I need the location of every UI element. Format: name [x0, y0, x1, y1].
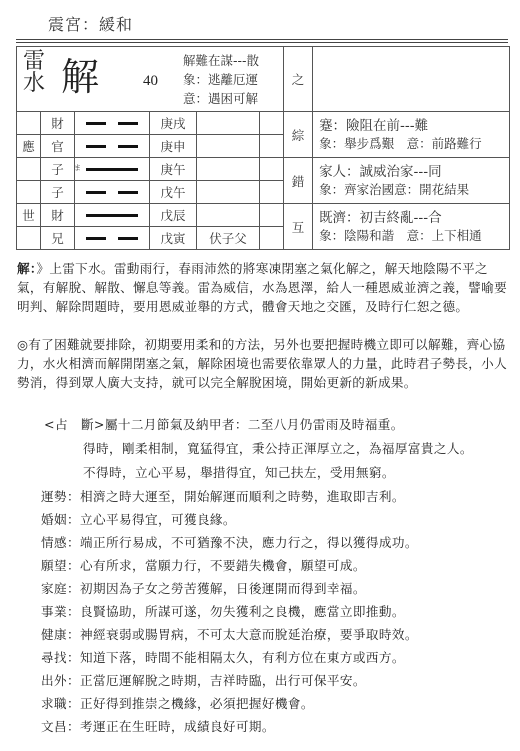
yao-ganzhi: 戊寅	[150, 227, 197, 250]
yao-line	[75, 181, 150, 204]
yin-line-icon	[86, 191, 138, 195]
separator: ：	[67, 489, 80, 504]
reading-topic: 婚姻	[41, 512, 67, 527]
reading-topic: 事業	[41, 604, 67, 619]
explanation-text: 》上雷下水。雷動雨行，春雨沛然的將寒凍閉塞之氣化解之，解天地陰陽不平之氣，有解脫…	[17, 261, 507, 314]
yao-relative: 官	[41, 135, 75, 158]
yao-relative: 子	[41, 181, 75, 204]
divination-head: <占 斷>屬十二月節氣及納甲者：二至八月仍雷雨及時福重。	[44, 414, 404, 433]
separator: ：	[67, 535, 80, 550]
yao-line: ま	[75, 158, 150, 181]
reading-item: 運勢：相濟之時大運至，開始解運而順利之時勢，進取即吉利。	[41, 486, 405, 505]
yao-position: 世	[17, 204, 41, 227]
divider-line	[16, 39, 508, 40]
related-zong: 蹇：險阻在前---難 象：舉步爲艱 意：前路難行	[313, 112, 510, 158]
related-detail: 象：陰陽和諧 意：上下相通	[319, 227, 509, 245]
moving-line-marker-icon: ま	[75, 163, 82, 173]
hexagram-table: 雷 水 解 40 解難在謀---散 象：逃離厄運 意：遇困可解 之 財 庚戌 綜…	[16, 46, 510, 250]
related-detail: 象：舉步爲艱 意：前路難行	[319, 135, 509, 153]
hexagram-title-line: 解難在謀---散	[183, 51, 259, 70]
yao-line	[75, 112, 150, 135]
yao-hidden	[197, 112, 260, 135]
hexagram-meaning-line: 意：遇困可解	[183, 89, 259, 108]
reading-text: 考運正在生旺時，成績良好可期。	[80, 719, 275, 734]
separator: ：	[67, 673, 80, 688]
reading-item: 文昌：考運正在生旺時，成績良好可期。	[41, 716, 275, 735]
reading-topic: 尋找	[41, 650, 67, 665]
zhi-label: 之	[284, 47, 313, 112]
yao-ganzhi: 戊辰	[150, 204, 197, 227]
yao-extra	[260, 112, 284, 135]
related-title: 家人：誠威治家---同	[319, 163, 509, 181]
zhi-content	[313, 47, 510, 112]
reading-text: 立心平易得宜，可獲良緣。	[80, 512, 236, 527]
related-title: 既濟：初吉終亂---合	[319, 209, 509, 227]
reading-text: 正好得到推崇之機緣，必須把握好機會。	[80, 696, 314, 711]
reading-text: 心有所求，當願力行，不要錯失機會，願望可成。	[80, 558, 366, 573]
yao-hidden	[197, 204, 260, 227]
yao-position	[17, 181, 41, 204]
reading-text: 良賢協助，所謀可遂，勿失獲利之良機，應當立即推動。	[80, 604, 405, 619]
reading-topic: 家庭	[41, 581, 67, 596]
yao-relative: 子	[41, 158, 75, 181]
yao-relative: 財	[41, 204, 75, 227]
yao-hidden: 伏子父	[197, 227, 260, 250]
reading-item: 家庭：初期因為子女之勞苦獲解，日後運開而得到幸福。	[41, 578, 366, 597]
related-detail: 象：齊家治國意：開花結果	[319, 181, 509, 199]
yao-position	[17, 227, 41, 250]
yao-extra	[260, 181, 284, 204]
separator: ：	[67, 696, 80, 711]
yao-extra	[260, 158, 284, 181]
explanation-label: 解：	[17, 261, 37, 276]
hexagram-name: 解	[61, 55, 99, 99]
yang-line-icon: ま	[86, 168, 138, 172]
separator: ：	[67, 512, 80, 527]
reading-topic: 健康	[41, 627, 67, 642]
reading-item: 婚姻：立心平易得宜，可獲良緣。	[41, 509, 236, 528]
yao-row: 子 ま 庚午 錯 家人：誠威治家---同 象：齊家治國意：開花結果	[17, 158, 510, 181]
separator: ：	[67, 581, 80, 596]
yao-extra	[260, 227, 284, 250]
yao-relative: 兄	[41, 227, 75, 250]
yao-position	[17, 158, 41, 181]
reading-text: 相濟之時大運至，開始解運而順利之時勢，進取即吉利。	[80, 489, 405, 504]
reading-item: 出外：正當厄運解脫之時期，吉祥時臨，出行可保平安。	[41, 670, 366, 689]
hexagram-header: 雷 水 解 40 解難在謀---散 象：逃離厄運 意：遇困可解	[17, 47, 284, 112]
reading-item: 健康：神經衰弱或腸胃病，不可太大意而脫延治療，要爭取時效。	[41, 624, 418, 643]
yao-hidden	[197, 158, 260, 181]
yao-line	[75, 204, 150, 227]
yang-line-icon	[86, 214, 138, 218]
reading-topic: 情感	[41, 535, 67, 550]
yao-extra	[260, 204, 284, 227]
yao-row: 世 財 戊辰 互 既濟：初吉終亂---合 象：陰陽和諧 意：上下相通	[17, 204, 510, 227]
reading-item: 事業：良賢協助，所謀可遂，勿失獲利之良機，應當立即推動。	[41, 601, 405, 620]
explanation-paragraph: 解：》上雷下水。雷動雨行，春雨沛然的將寒凍閉塞之氣化解之，解天地陰陽不平之氣，有…	[17, 259, 507, 316]
reading-text: 正當厄運解脫之時期，吉祥時臨，出行可保平安。	[80, 673, 366, 688]
yao-line	[75, 135, 150, 158]
yin-line-icon	[86, 237, 138, 241]
reading-text: 知道下落，時間不能相隔太久，有利方位在東方或西方。	[80, 650, 405, 665]
yao-ganzhi: 庚戌	[150, 112, 197, 135]
yao-relative: 財	[41, 112, 75, 135]
yao-ganzhi: 戊午	[150, 181, 197, 204]
advice-paragraph: ◎有了困難就要排除，初期要用柔和的方法，另外也要把握時機立即可以解難，齊心協力，…	[17, 335, 507, 392]
separator: ：	[67, 650, 80, 665]
yao-ganzhi: 庚午	[150, 158, 197, 181]
separator: ：	[67, 627, 80, 642]
divination-untimely: 不得時，立心平易，舉措得宜，知己扶左，受用無窮。	[83, 462, 395, 481]
trigrams: 雷 水	[23, 51, 45, 95]
yao-position: 應	[17, 135, 41, 158]
reading-item: 求職：正好得到推崇之機緣，必須把握好機會。	[41, 693, 314, 712]
related-label-hu: 互	[284, 204, 313, 250]
divider-line	[16, 42, 508, 43]
reading-topic: 求職	[41, 696, 67, 711]
reading-item: 情感：端正所行易成，不可猶豫不決，應力行之，得以獲得成功。	[41, 532, 418, 551]
yao-position	[17, 112, 41, 135]
related-label-cuo: 錯	[284, 158, 313, 204]
yao-row: 財 庚戌 綜 蹇：險阻在前---難 象：舉步爲艱 意：前路難行	[17, 112, 510, 135]
upper-trigram: 雷	[23, 51, 45, 73]
reading-text: 端正所行易成，不可猶豫不決，應力行之，得以獲得成功。	[80, 535, 418, 550]
yao-line	[75, 227, 150, 250]
hexagram-image-line: 象：逃離厄運	[183, 70, 259, 89]
yin-line-icon	[86, 122, 138, 126]
reading-item: 願望：心有所求，當願力行，不要錯失機會，願望可成。	[41, 555, 366, 574]
reading-topic: 運勢	[41, 489, 67, 504]
divination-timely: 得時，剛柔相制，寬猛得宜，秉公持正渾厚立之，為福厚富貴之人。	[83, 438, 473, 457]
yao-ganzhi: 庚申	[150, 135, 197, 158]
separator: ：	[67, 558, 80, 573]
hexagram-description: 解難在謀---散 象：逃離厄運 意：遇困可解	[183, 51, 259, 108]
related-label-zong: 綜	[284, 112, 313, 158]
related-cuo: 家人：誠威治家---同 象：齊家治國意：開花結果	[313, 158, 510, 204]
reading-topic: 出外	[41, 673, 67, 688]
reading-topic: 願望	[41, 558, 67, 573]
related-title: 蹇：險阻在前---難	[319, 117, 509, 135]
yao-hidden	[197, 135, 260, 158]
reading-text: 初期因為子女之勞苦獲解，日後運開而得到幸福。	[80, 581, 366, 596]
separator: ：	[67, 719, 80, 734]
yin-line-icon	[86, 145, 138, 149]
yao-hidden	[197, 181, 260, 204]
reading-text: 神經衰弱或腸胃病，不可太大意而脫延治療，要爭取時效。	[80, 627, 418, 642]
lower-trigram: 水	[23, 73, 45, 95]
related-hu: 既濟：初吉終亂---合 象：陰陽和諧 意：上下相通	[313, 204, 510, 250]
hexagram-number: 40	[143, 73, 158, 90]
separator: ：	[67, 604, 80, 619]
palace-title: 震宮：緩和	[48, 12, 133, 35]
yao-extra	[260, 135, 284, 158]
reading-item: 尋找：知道下落，時間不能相隔太久，有利方位在東方或西方。	[41, 647, 405, 666]
reading-topic: 文昌	[41, 719, 67, 734]
